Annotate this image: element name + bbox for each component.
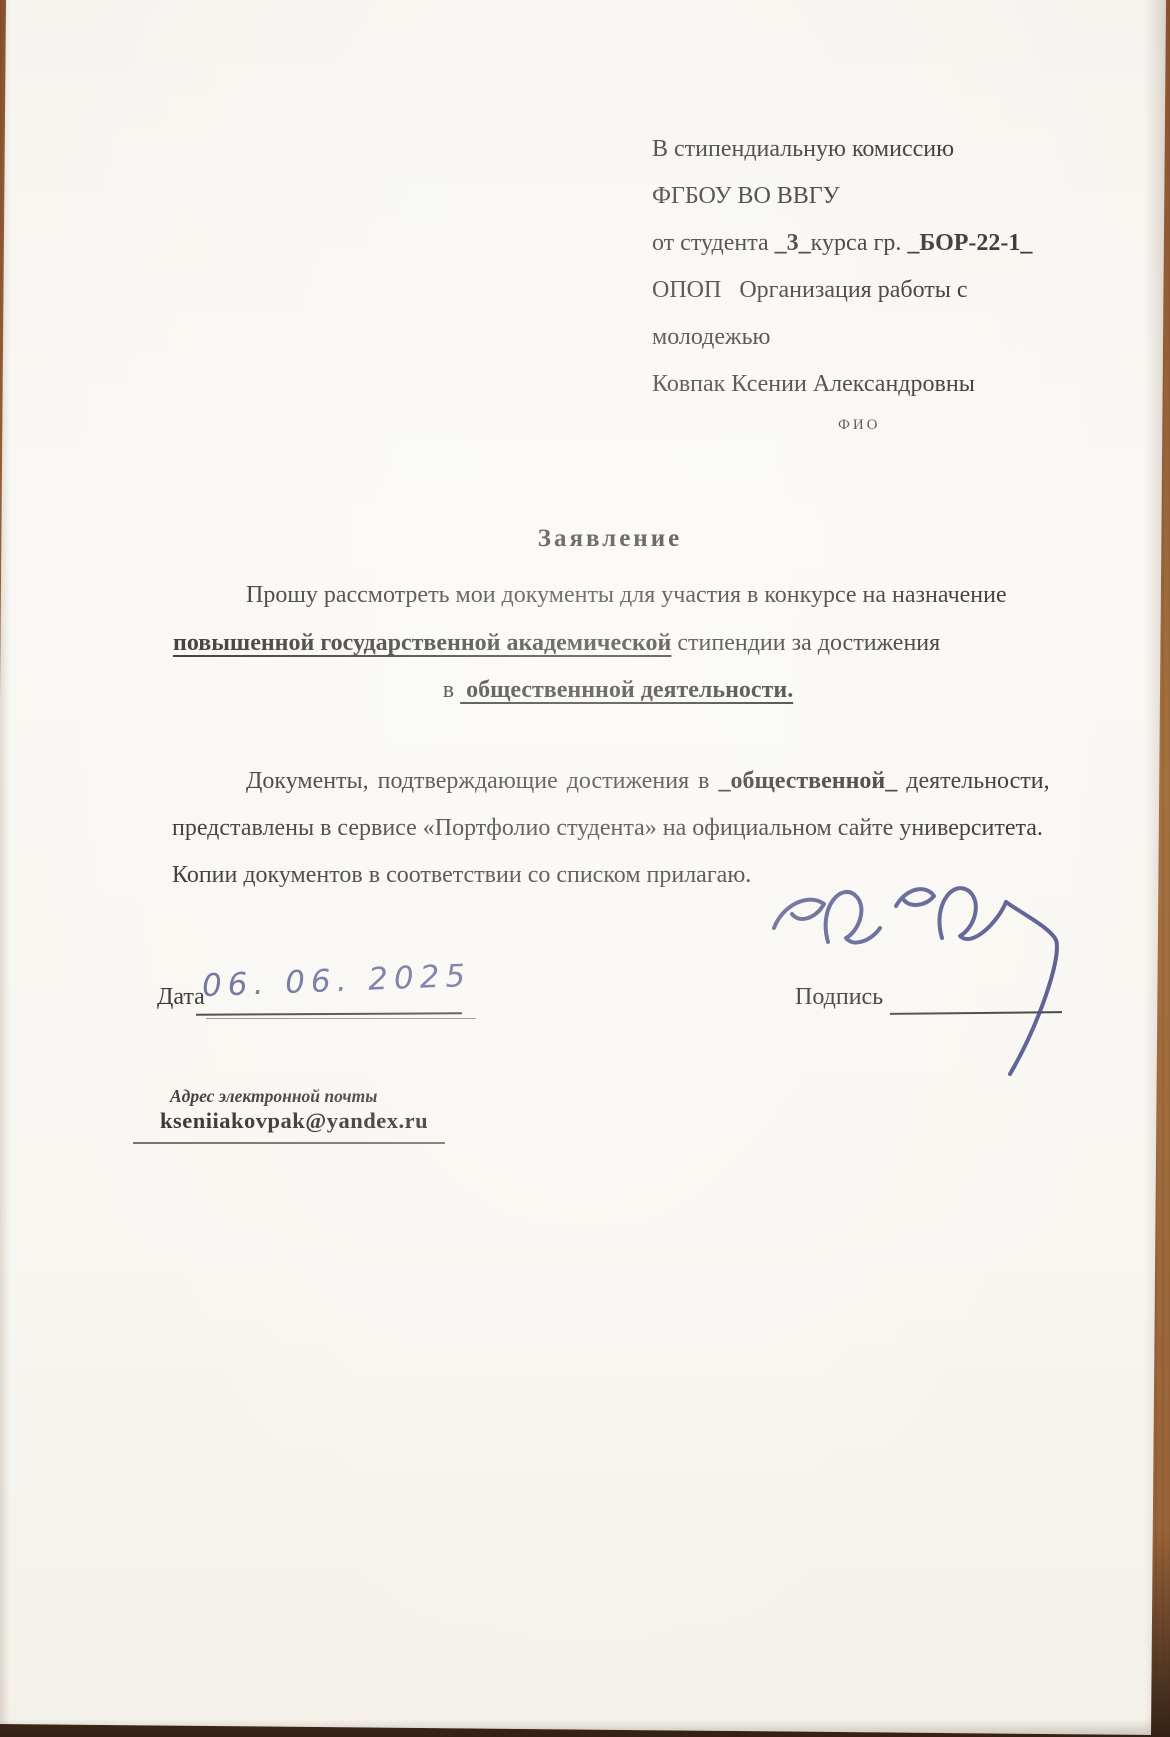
- date-label: Дата: [157, 984, 205, 1011]
- group-value: _БОР-22-1_: [907, 230, 1032, 256]
- attachments-line-1-suffix: деятельности,: [897, 768, 1049, 794]
- from-mid: курса гр.: [811, 230, 908, 256]
- recipient-line-commission: В стипендиальную комиссию: [652, 126, 1072, 173]
- attachments-line-1-prefix: Документы, подтверждающие достижения в: [246, 768, 719, 794]
- request-line-1: Прошу рассмотреть мои документы для учас…: [246, 582, 1007, 609]
- activity-type-emphasis: общественнной деятельности.: [460, 677, 793, 703]
- attachments-line-2: представлены в сервисе «Портфолио студен…: [172, 815, 1043, 842]
- request-line-3: в общественнной деятельности.: [173, 677, 1063, 704]
- email-label: Адрес электронной почты: [170, 1086, 377, 1107]
- recipient-line-university: ФГБОУ ВО ВВГУ: [652, 173, 1072, 220]
- from-prefix: от студента: [652, 230, 775, 256]
- scholarship-type-emphasis: повышенной государственной академической: [173, 630, 671, 656]
- request-line-2-rest: стипендии за достижения: [671, 630, 940, 656]
- attachments-line-3: Копии документов в соответствии со списк…: [172, 862, 751, 889]
- activity-field-emphasis: _общественной_: [719, 768, 898, 794]
- date-underline: [196, 1012, 462, 1015]
- recipient-line-opop2: молодежью: [652, 314, 1072, 361]
- fio-caption: ФИО: [838, 412, 1072, 438]
- paper-sheet: В стипендиальную комиссию ФГБОУ ВО ВВГУ …: [0, 0, 1170, 1737]
- request-line-3-prefix: в: [443, 677, 460, 703]
- recipient-line-student: от студента _3_курса гр. _БОР-22-1_: [652, 220, 1072, 267]
- course-value: _3_: [775, 230, 811, 256]
- email-value: kseniiakovpak@yandex.ru: [160, 1108, 428, 1134]
- request-line-2: повышенной государственной академической…: [173, 630, 940, 657]
- date-underline-shadow: [206, 1018, 476, 1019]
- handwritten-signature: [758, 876, 1078, 1081]
- handwritten-date: 06. 06. 2025: [201, 958, 471, 1004]
- signature-scribble: [774, 888, 1057, 1074]
- attachments-line-1: Документы, подтверждающие достижения в _…: [246, 768, 1050, 795]
- email-underline: [133, 1142, 445, 1144]
- student-name: Ковпак Ксении Александровны: [652, 361, 1072, 408]
- application-title: Заявление: [160, 525, 1060, 553]
- recipient-block: В стипендиальную комиссию ФГБОУ ВО ВВГУ …: [652, 126, 1072, 438]
- recipient-line-opop: ОПОП Организация работы с: [652, 267, 1072, 314]
